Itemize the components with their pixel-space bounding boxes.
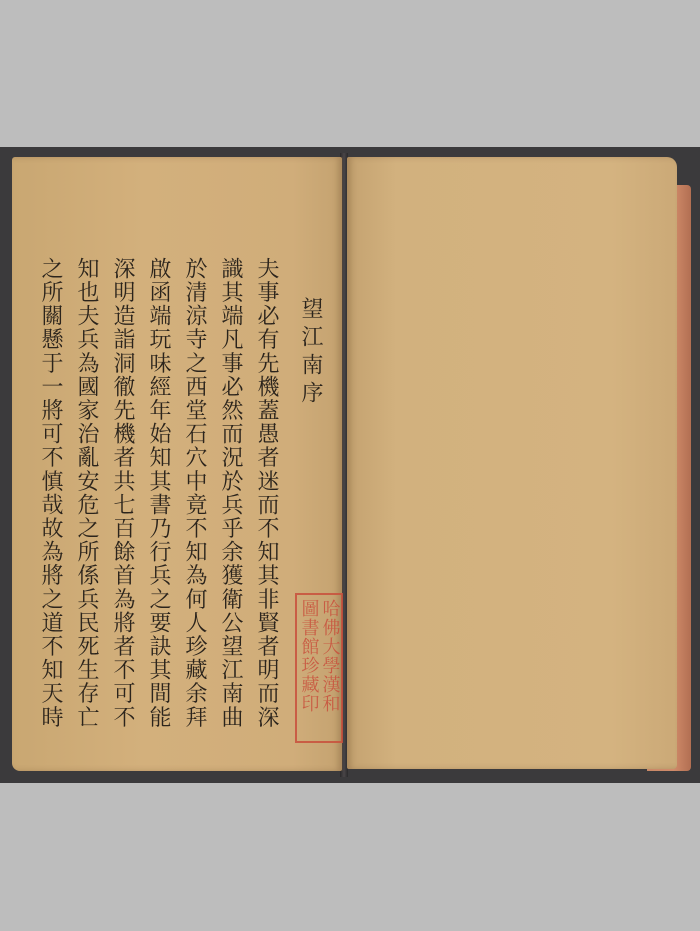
text-column-2: 識其端凡事必然而況於兵乎余獲衛公望江南曲 <box>212 257 248 757</box>
left-page: 望江南序 夫事必有先機蓋愚者迷而不知其非賢者明而深 識其端凡事必然而況於兵乎余獲… <box>12 157 342 771</box>
right-page-blank <box>347 157 677 769</box>
text-block: 望江南序 夫事必有先機蓋愚者迷而不知其非賢者明而深 識其端凡事必然而況於兵乎余獲… <box>32 257 328 757</box>
text-column-7: 之所關懸于一將可不慎哉故為將之道不知天時 <box>32 257 68 757</box>
seal-column-2: 圖書館珍藏印 <box>299 599 319 737</box>
library-seal-stamp: 哈佛大學漢和 圖書館珍藏印 <box>295 593 343 743</box>
text-column-1: 夫事必有先機蓋愚者迷而不知其非賢者明而深 <box>248 257 284 757</box>
seal-column-1: 哈佛大學漢和 <box>320 599 340 737</box>
text-column-6: 知也夫兵為國家治亂安危之所係兵民死生存亡 <box>68 257 104 757</box>
text-column-5: 深明造詣洞徹先機者共七百餘首為將者不可不 <box>104 257 140 757</box>
text-column-4: 啟函端玩味經年始知其書乃行兵之要訣其間能 <box>140 257 176 757</box>
scan-area: 望江南序 夫事必有先機蓋愚者迷而不知其非賢者明而深 識其端凡事必然而況於兵乎余獲… <box>0 147 700 783</box>
text-column-3: 於清涼寺之西堂石穴中竟不知為何人珍藏余拜 <box>176 257 212 757</box>
